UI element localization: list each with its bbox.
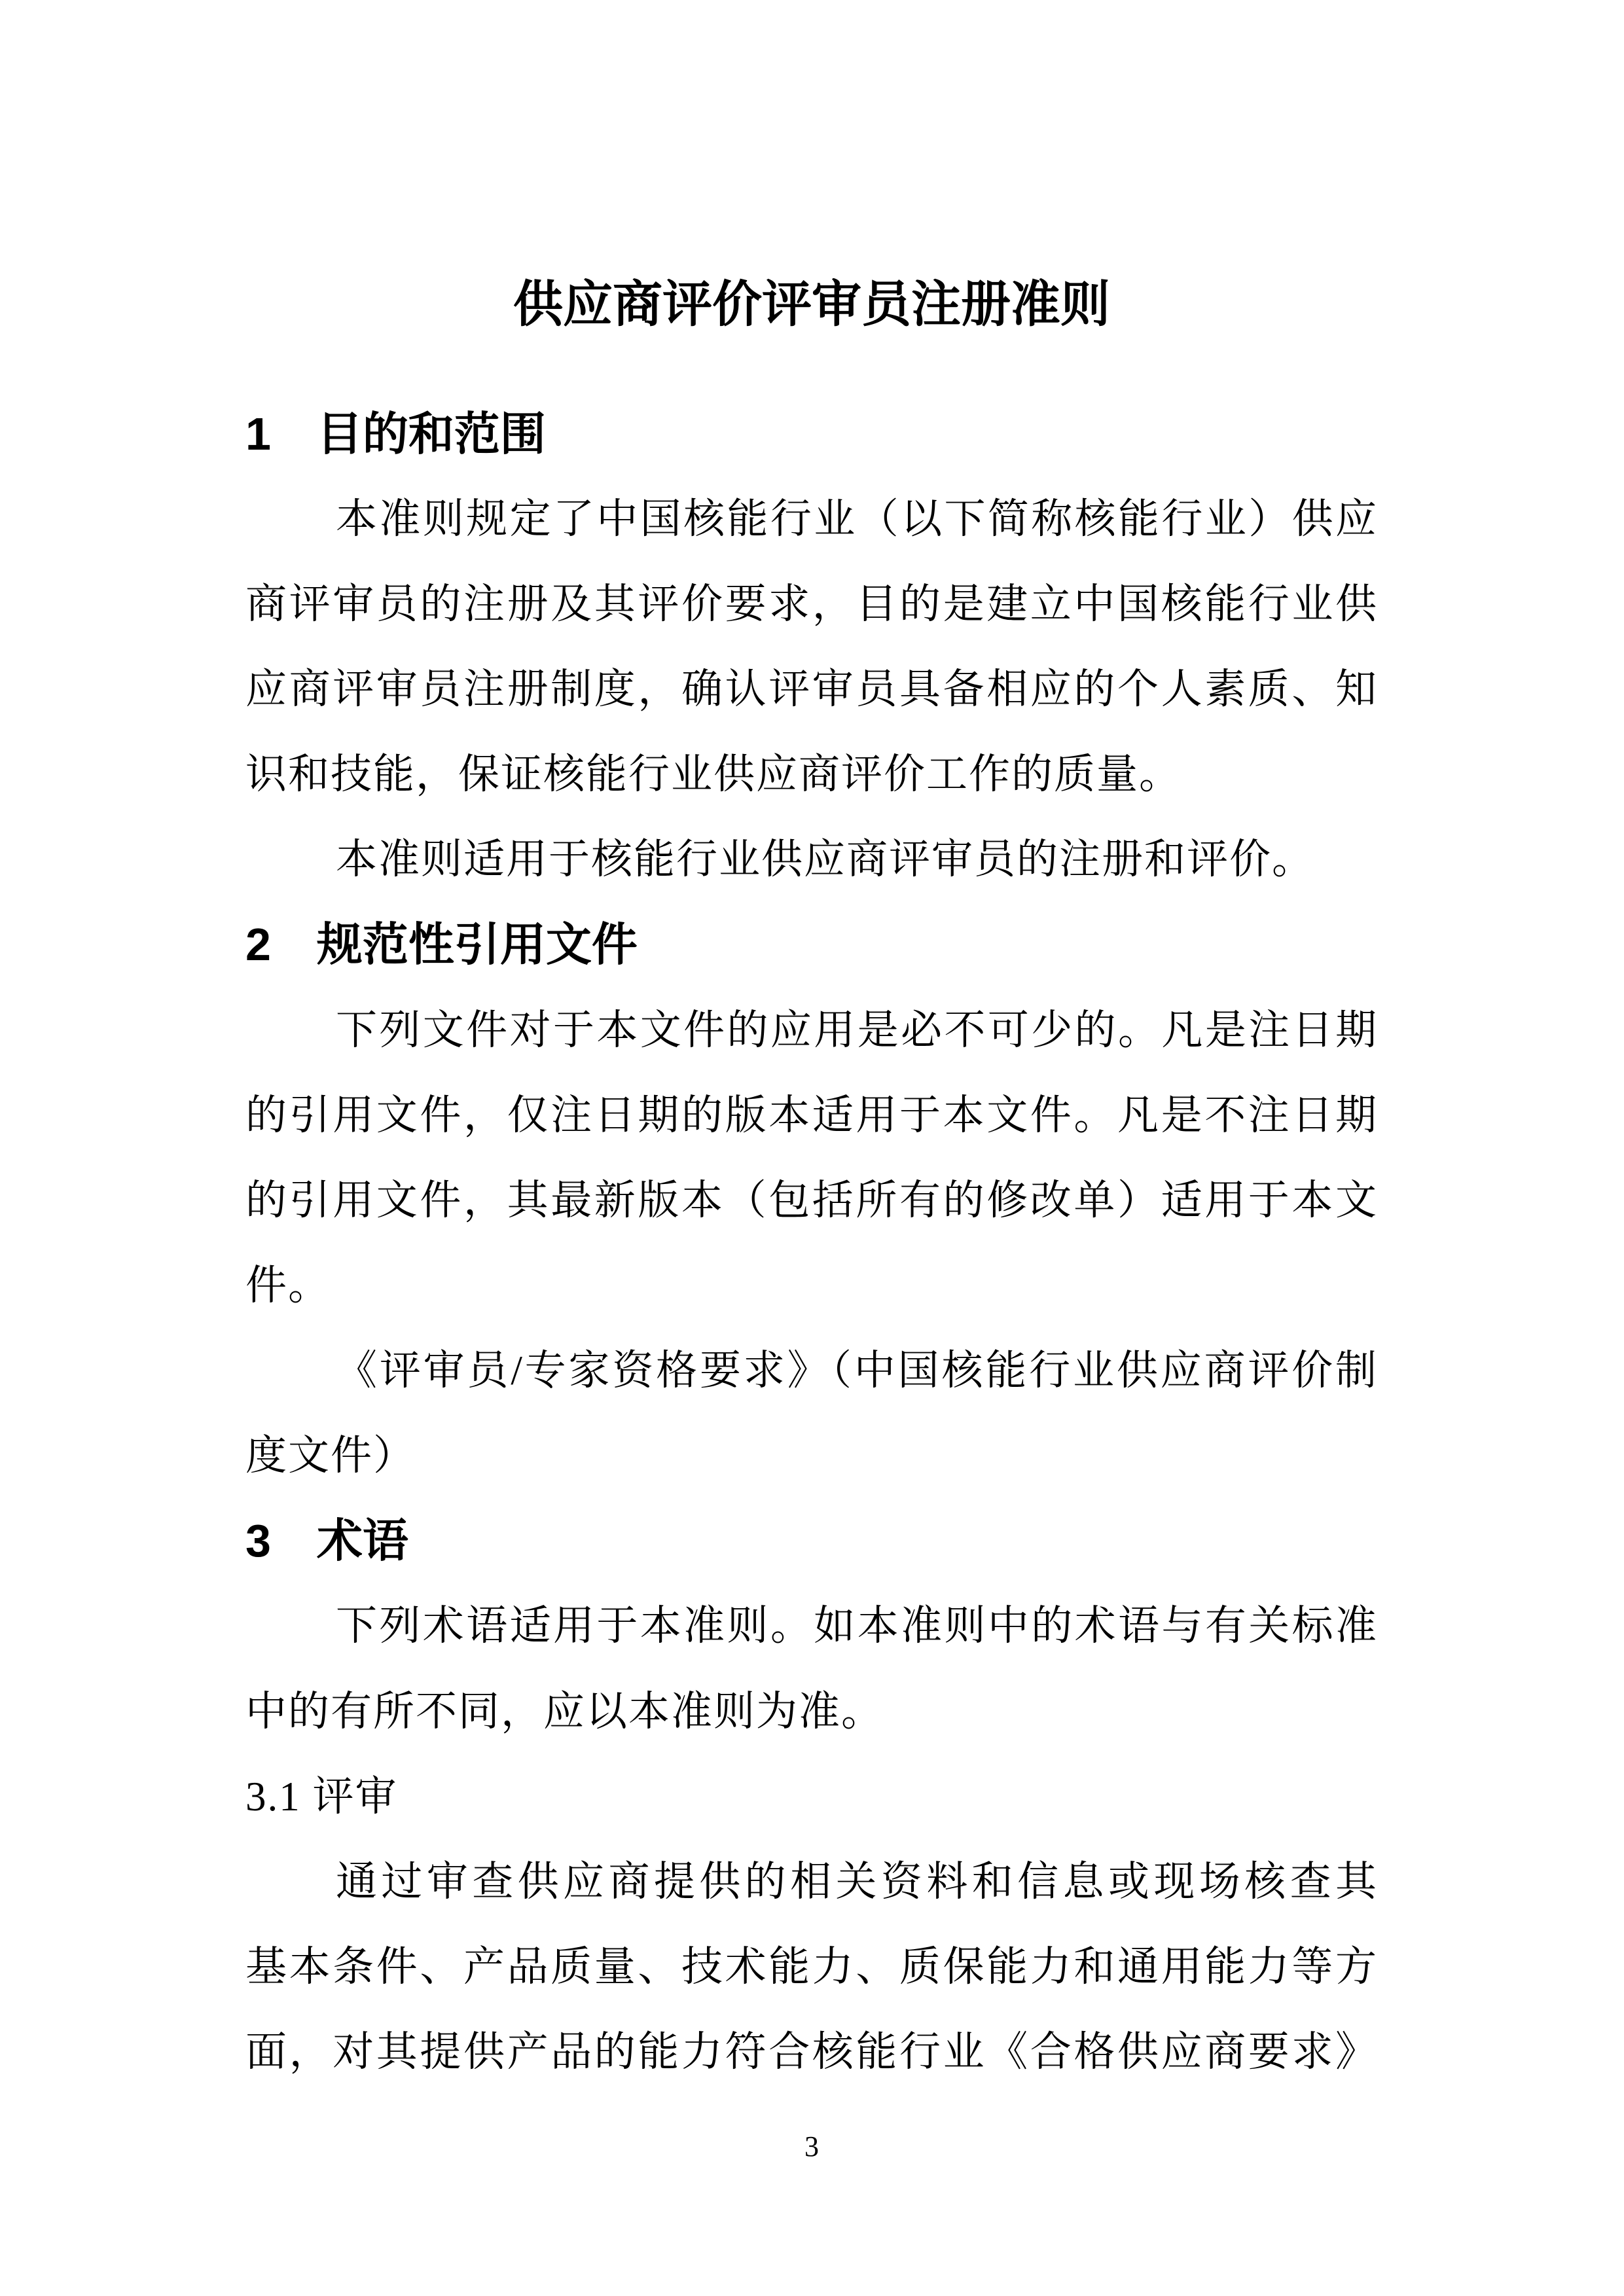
paragraph-line: 度文件）	[245, 1413, 1378, 1498]
section-3-heading: 3 术语	[245, 1498, 1378, 1583]
section-1-heading: 1 目的和范围	[245, 391, 1378, 476]
paragraph-line: 《评审员/专家资格要求》（中国核能行业供应商评价制	[245, 1328, 1378, 1413]
document-title: 供应商评价评审员注册准则	[245, 262, 1378, 348]
paragraph-line: 面，对其提供产品的能力符合核能行业《合格供应商要求》	[245, 2009, 1378, 2094]
paragraph-line: 本准则规定了中国核能行业（以下简称核能行业）供应	[245, 476, 1378, 562]
paragraph-line: 下列术语适用于本准则。如本准则中的术语与有关标准	[245, 1583, 1378, 1668]
paragraph-line: 的引用文件，仅注日期的版本适用于本文件。凡是不注日期	[245, 1073, 1378, 1158]
paragraph-line: 通过审查供应商提供的相关资料和信息或现场核查其	[245, 1839, 1378, 1924]
paragraph-line: 应商评审员注册制度，确认评审员具备相应的个人素质、知	[245, 647, 1378, 732]
paragraph-line: 基本条件、产品质量、技术能力、质保能力和通用能力等方	[245, 1924, 1378, 2009]
paragraph-line: 的引用文件，其最新版本（包括所有的修改单）适用于本文	[245, 1158, 1378, 1243]
paragraph-line: 下列文件对于本文件的应用是必不可少的。凡是注日期	[245, 988, 1378, 1073]
subsection-3-1-heading: 3.1 评审	[245, 1754, 1378, 1839]
paragraph-line: 本准则适用于核能行业供应商评审员的注册和评价。	[245, 817, 1378, 902]
page-number: 3	[245, 2127, 1378, 2166]
paragraph-line: 中的有所不同，应以本准则为准。	[245, 1669, 1378, 1754]
paragraph-line: 件。	[245, 1243, 1378, 1328]
paragraph-line: 识和技能，保证核能行业供应商评价工作的质量。	[245, 732, 1378, 817]
section-2-heading: 2 规范性引用文件	[245, 902, 1378, 987]
paragraph-line: 商评审员的注册及其评价要求，目的是建立中国核能行业供	[245, 562, 1378, 647]
document-page: 供应商评价评审员注册准则 1 目的和范围 本准则规定了中国核能行业（以下简称核能…	[0, 0, 1624, 2296]
